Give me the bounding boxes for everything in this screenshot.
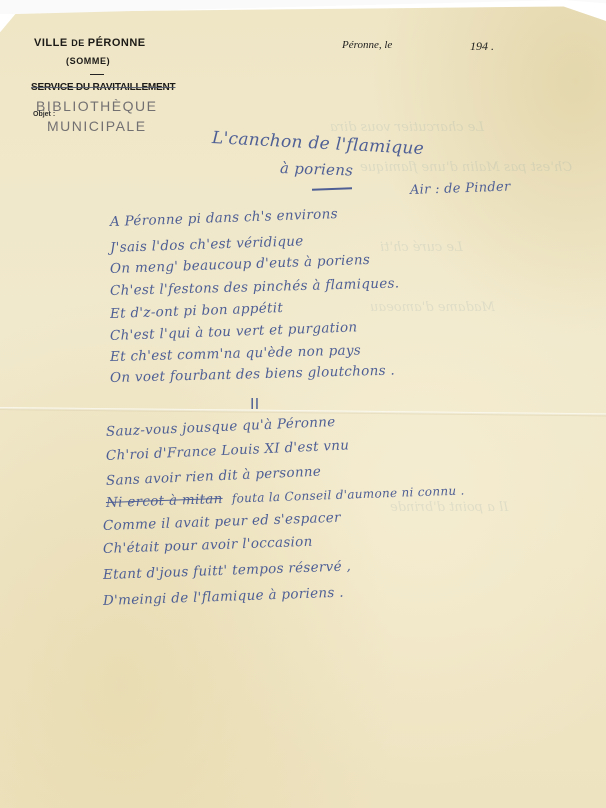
verse-line: D'meingi de l'flamique à poriens . (103, 585, 344, 609)
verse-line: Et d'z-ont pi bon appétit (110, 300, 284, 322)
letterhead-city: VILLE DE PÉRONNE (34, 37, 146, 49)
verse-line: Ch'est l'festons des pinchés à flamiques… (110, 275, 400, 299)
letterhead-department: (SOMME) (66, 56, 110, 66)
verse-line: On meng' beaucoup d'euts à poriens (110, 252, 371, 277)
letterhead-divider (90, 74, 104, 75)
verse-line: Ch'était pour avoir l'occasion (103, 534, 313, 557)
bleed-through-text: Le curé ch'ti (380, 240, 463, 255)
struck-text: Ni ercot à mitan (106, 491, 223, 511)
verse-line: Sans avoir rien dit à personne (106, 464, 322, 489)
verse-line: Etant d'jous fuitt' tempos réservé , (103, 558, 352, 583)
title-underline (312, 187, 352, 190)
poem-air-note: Air : de Pinder (410, 179, 511, 198)
verse-line: On voet fourbant des biens gloutchons . (110, 363, 395, 386)
poem-title-line-2: à poriens (280, 159, 354, 180)
bleed-through-text: Ch'est pas Malin d'une flamique (360, 160, 572, 175)
verse-line: Ch'roi d'France Louis XI d'est vnu (106, 437, 350, 464)
verse-line: Comme il avait peur ed s'espacer (103, 510, 341, 534)
verse-line: J'sais l'dos ch'est véridique (110, 233, 304, 256)
verse-line: Ch'est l'qui à tou vert et purgation (110, 319, 358, 344)
bleed-through-text: Madame d'amoeau (370, 300, 495, 315)
stanza-numeral: II (250, 395, 259, 413)
letterhead-service-struck: SERVICE DU RAVITAILLEMENT (31, 82, 175, 93)
verse-line: Et ch'est comm'na qu'ède non pays (110, 342, 361, 365)
dateline-place: Péronne, le (342, 39, 392, 51)
library-stamp-line-2: MUNICIPALE (47, 118, 147, 134)
verse-line: Sauz-vous jousque qu'à Péronne (106, 414, 336, 440)
scanned-letter-page: Le charcutier vous dira Ch'est pas Malin… (0, 0, 606, 808)
bleed-through-text: Le charcutier vous dira (330, 120, 484, 135)
bleed-through-text: Il a point d'brinde (390, 500, 508, 515)
letterhead-objet-label: Objet : (33, 111, 55, 118)
verse-line: A Péronne pi dans ch's environs (110, 206, 338, 230)
dateline-year: 194 . (470, 39, 494, 54)
